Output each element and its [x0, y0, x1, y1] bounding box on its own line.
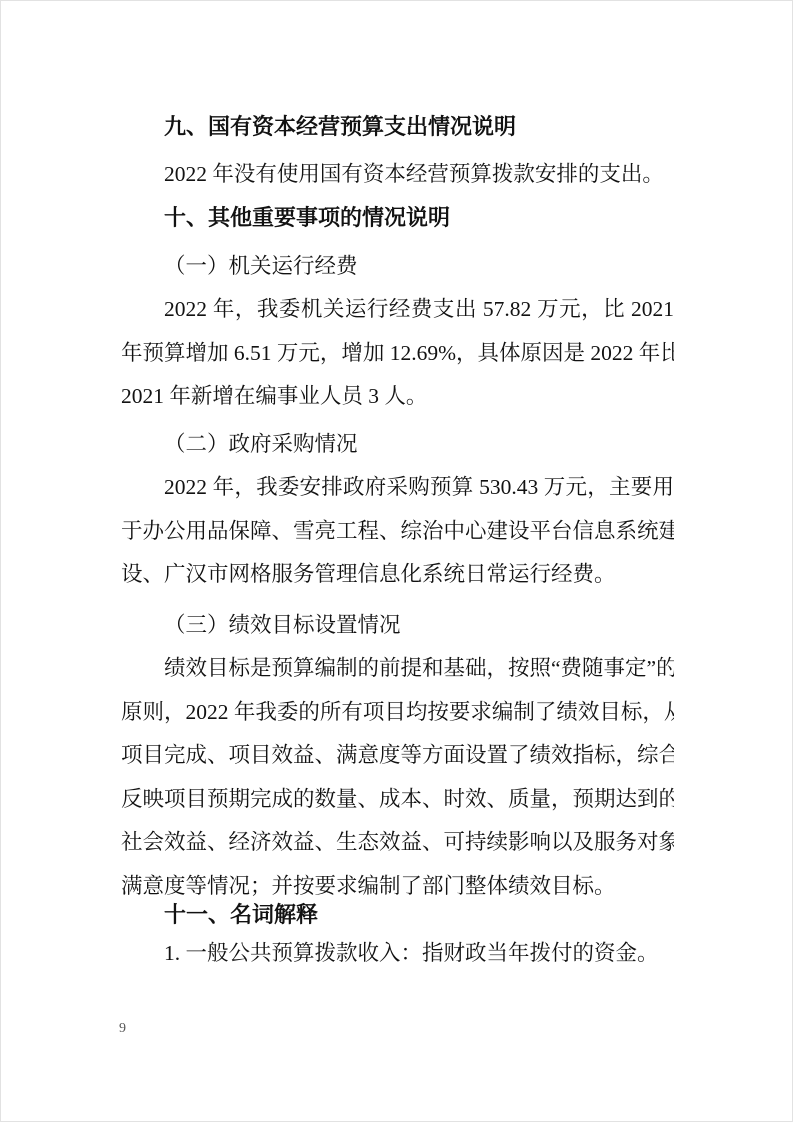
paragraph-line: 年预算增加 6.51 万元，增加 12.69%，具体原因是 2022 年比: [121, 332, 674, 376]
paragraph-performance-targets: 绩效目标是预算编制的前提和基础，按照“费随事定”的 原则，2022 年我委的所有…: [121, 647, 674, 908]
paragraph-government-procurement: 2022 年，我委安排政府采购预算 530.43 万元，主要用 于办公用品保障、…: [121, 466, 674, 597]
paragraph-line: 2021 年新增在编事业人员 3 人。: [121, 375, 674, 419]
paragraph-operating-expenses: 2022 年，我委机关运行经费支出 57.82 万元，比 2021 年预算增加 …: [121, 288, 674, 419]
paragraph-line: 2022 年，我委机关运行经费支出 57.82 万元，比 2021: [121, 288, 674, 332]
paragraph-term-definition: 1. 一般公共预算拨款收入：指财政当年拨付的资金。: [121, 932, 674, 976]
paragraph-line: 项目完成、项目效益、满意度等方面设置了绩效指标，综合: [121, 734, 674, 778]
paragraph-line: 原则，2022 年我委的所有项目均按要求编制了绩效目标，从: [121, 691, 674, 735]
paragraph-line: 于办公用品保障、雪亮工程、综治中心建设平台信息系统建: [121, 510, 674, 554]
subheading-operating-expenses: （一）机关运行经费: [121, 245, 674, 289]
section-heading-nine: 九、国有资本经营预算支出情况说明: [121, 105, 674, 149]
page-number: 9: [119, 1020, 126, 1038]
page-content: 九、国有资本经营预算支出情况说明 2022 年没有使用国有资本经营预算拨款安排的…: [121, 105, 674, 975]
paragraph-line: 社会效益、经济效益、生态效益、可持续影响以及服务对象: [121, 821, 674, 865]
paragraph-line: 反映项目预期完成的数量、成本、时效、质量，预期达到的: [121, 778, 674, 822]
paragraph-line: 1. 一般公共预算拨款收入：指财政当年拨付的资金。: [121, 932, 674, 976]
paragraph-line: 2022 年，我委安排政府采购预算 530.43 万元，主要用: [121, 466, 674, 510]
paragraph-line: 绩效目标是预算编制的前提和基础，按照“费随事定”的: [121, 647, 674, 691]
paragraph-line: 设、广汉市网格服务管理信息化系统日常运行经费。: [121, 553, 674, 597]
paragraph-line: 2022 年没有使用国有资本经营预算拨款安排的支出。: [121, 153, 674, 197]
subheading-government-procurement: （二）政府采购情况: [121, 423, 674, 467]
section-heading-ten: 十、其他重要事项的情况说明: [121, 196, 674, 240]
subheading-performance-targets: （三）绩效目标设置情况: [121, 604, 674, 648]
document-page: 九、国有资本经营预算支出情况说明 2022 年没有使用国有资本经营预算拨款安排的…: [0, 0, 793, 1122]
paragraph-state-capital: 2022 年没有使用国有资本经营预算拨款安排的支出。: [121, 153, 674, 197]
